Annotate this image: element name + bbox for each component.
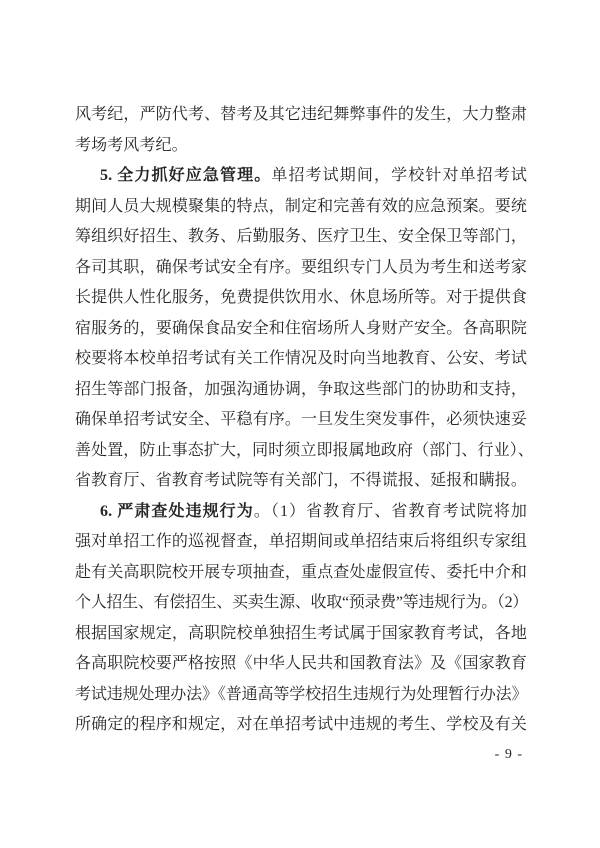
text-line: 宿服务的，要确保食品安全和住宿场所人身财产安全。各高职院 [75, 314, 527, 345]
text-line: 筹组织好招生、教务、后勤服务、医疗卫生、安全保卫等部门， [75, 222, 527, 253]
section-6-heading: 6. 严肃查处违规行为 [100, 503, 254, 520]
section-6-heading-line: 6. 严肃查处违规行为。（1）省教育厅、省教育考试院将加 [75, 497, 527, 528]
text-line: 考场考风考纪。 [75, 131, 527, 162]
text-line: 赴有关高职院校开展专项抽查，重点查处虚假宣传、委托中介和 [75, 558, 527, 589]
text-line: 各高职院校要严格按照《中华人民共和国教育法》及《国家教育 [75, 649, 527, 680]
section-5-heading-line: 5. 全力抓好应急管理。单招考试期间，学校针对单招考试 [75, 161, 527, 192]
text-line: 强对单招工作的巡视督查，单招期间或单招结束后将组织专家组 [75, 527, 527, 558]
section-5-heading: 5. 全力抓好应急管理。 [100, 167, 271, 184]
text-line: 确保单招考试安全、平稳有序。一旦发生突发事件，必须快速妥 [75, 405, 527, 436]
text-line: 个人招生、有偿招生、买卖生源、收取“预录费”等违规行为。（2） [75, 588, 527, 619]
text-line: 根据国家规定，高职院校单独招生考试属于国家教育考试，各地 [75, 619, 527, 650]
section-5-heading-continuation: 单招考试期间，学校针对单招考试 [271, 167, 527, 184]
text-line: 校要将本校单招考试有关工作情况及时向当地教育、公安、考试 [75, 344, 527, 375]
document-text-block: 风考纪，严防代考、替考及其它违纪舞弊事件的发生，大力整肃 考场考风考纪。 5. … [75, 100, 527, 741]
text-line: 招生等部门报备，加强沟通协调，争取这些部门的协助和支持， [75, 375, 527, 406]
text-line: 长提供人性化服务，免费提供饮用水、休息场所等。对于提供食 [75, 283, 527, 314]
section-6-heading-continuation: 。（1）省教育厅、省教育考试院将加 [254, 503, 527, 520]
text-line: 善处置，防止事态扩大，同时须立即报属地政府（部门、行业）、 [75, 436, 527, 467]
document-page: 风考纪，严防代考、替考及其它违纪舞弊事件的发生，大力整肃 考场考风考纪。 5. … [0, 0, 600, 848]
text-line: 各司其职，确保考试安全有序。要组织专门人员为考生和送考家 [75, 253, 527, 284]
text-line: 风考纪，严防代考、替考及其它违纪舞弊事件的发生，大力整肃 [75, 100, 527, 131]
page-number: - 9 - [495, 745, 523, 765]
text-line: 期间人员大规模聚集的特点，制定和完善有效的应急预案。要统 [75, 192, 527, 223]
text-line: 所确定的程序和规定，对在单招考试中违规的考生、学校及有关 [75, 710, 527, 741]
text-line: 考试违规处理办法》《普通高等学校招生违规行为处理暂行办法》 [75, 680, 527, 711]
text-line: 省教育厅、省教育考试院等有关部门，不得谎报、延报和瞒报。 [75, 466, 527, 497]
